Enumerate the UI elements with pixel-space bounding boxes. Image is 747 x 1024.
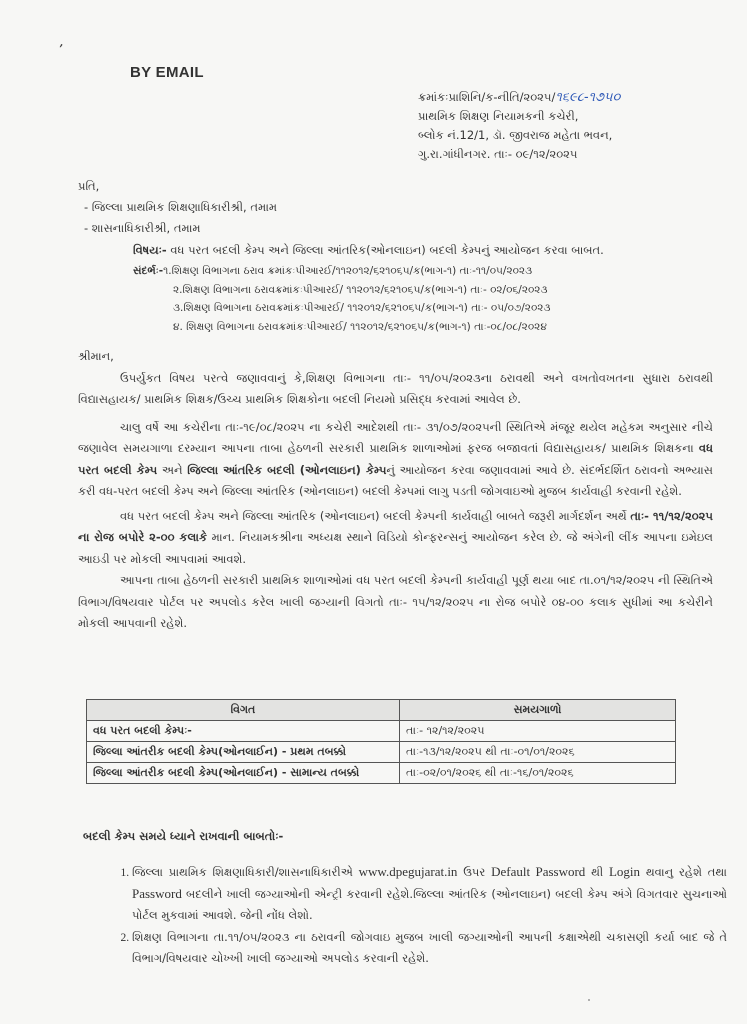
by-email-heading: BY EMAIL [130, 64, 204, 81]
reference-item: સંદર્ભઃ-૧.શિક્ષણ વિભાગના ઠરાવ ક્રમાંકઃપી… [133, 262, 550, 281]
letter-page: , BY EMAIL ક્રમાંકઃપ્રાશિનિ/ક-નીતિ/૨૦૨૫/… [0, 0, 747, 1024]
recipient-item: - શાસનાધિકારીશ્રી, તમામ [78, 218, 277, 239]
reference-number: ક્રમાંકઃપ્રાશિનિ/ક-નીતિ/૨૦૨૫/૧૬૯૮-૧૭૫૦ [418, 88, 620, 107]
table-cell-period: તાઃ-૧૩/૧૨/૨૦૨૫ થી તાઃ-૦૧/૦૧/૨૦૨૬ [400, 742, 676, 763]
recipient-item: - જિલ્લા પ્રાથમિક શિક્ષણાધિકારીશ્રી, તમા… [78, 197, 277, 218]
emphasis-district-camp: જિલ્લા આંતરિક બદલી (ઓનલાઇન) કેમ્પ [187, 463, 386, 477]
table-cell-detail: જિલ્લા આંતરીક બદલી કેમ્પ(ઓનલાઈન) - પ્રથમ… [87, 742, 400, 763]
schedule-table: વિગત સમયગાળો વધ પરત બદલી કેમ્પઃ- તાઃ- ૧૨… [86, 699, 676, 784]
office-address: બ્લોક નં.12/1, ડૉ. જીવરાજ મહેતા ભવન, [418, 126, 620, 145]
subject-line: વિષયઃ- વધ પરત બદલી કેમ્પ અને જિલ્લા આંતર… [133, 241, 604, 260]
subject-text: વધ પરત બદલી કેમ્પ અને જિલ્લા આંતરિક(ઓનલા… [167, 243, 604, 257]
notes-list: જિલ્લા પ્રાથમિક શિક્ષણાધિકારી/શાસનાધિકાર… [100, 862, 727, 970]
table-row: જિલ્લા આંતરીક બદલી કેમ્પ(ઓનલાઈન) - પ્રથમ… [87, 742, 676, 763]
subject-label: વિષયઃ- [133, 243, 167, 257]
table-cell-detail: વધ પરત બદલી કેમ્પઃ- [87, 721, 400, 742]
paragraph-4: આપના તાબા હેઠળની સરકારી પ્રાથમિક શાળાઓમા… [78, 570, 713, 635]
reference-prefix: ક્રમાંકઃપ્રાશિનિ/ક-નીતિ/૨૦૨૫/ [418, 90, 555, 104]
references-block: સંદર્ભઃ-૧.શિક્ષણ વિભાગના ઠરાવ ક્રમાંકઃપી… [133, 262, 550, 336]
handwritten-reference: ૧૬૯૮-૧૭૫૦ [555, 90, 620, 105]
table-cell-period: તાઃ- ૧૨/૧૨/૨૦૨૫ [400, 721, 676, 742]
city-date: ગુ.રા.ગાંધીનગર. તાઃ- ૦૯/૧૨/૨૦૨૫ [418, 145, 620, 164]
portal-url: www.dpegujarat.in [359, 864, 458, 879]
references-label: સંદર્ભઃ- [133, 265, 163, 277]
table-cell-detail: જિલ્લા આંતરીક બદલી કેમ્પ(ઓનલાઈન) - સામાન… [87, 763, 400, 784]
recipients-block: પ્રતિ, - જિલ્લા પ્રાથમિક શિક્ષણાધિકારીશ્… [78, 176, 277, 239]
scan-speck [588, 999, 590, 1001]
paragraph-2: ચાલુ વર્ષે આ કચેરીના તાઃ-૧૯/૦૮/૨૦૨૫ ના ક… [78, 417, 713, 503]
letter-body: શ્રીમાન, ઉપર્યુકત વિષય પરત્વે જણાવવાનું … [78, 346, 713, 635]
table-header-row: વિગત સમયગાળો [87, 700, 676, 721]
notes-title: બદલી કેમ્પ સમયે ધ્યાને રાખવાની બાબતોઃ- [83, 829, 283, 844]
paragraph-3: વધ પરત બદલી કેમ્પ અને જિલ્લા આંતરિક (ઓનલ… [78, 506, 713, 571]
table-cell-period: તાઃ-૦૨/૦૧/૨૦૨૬ થી તાઃ-૧૬/૦૧/૨૦૨૬ [400, 763, 676, 784]
salutation: શ્રીમાન, [78, 346, 713, 368]
reference-item: ૨.શિક્ષણ વિભાગના ઠરાવક્રમાંકઃપીઆરઈ/ ૧૧૨૦… [133, 281, 550, 300]
reference-item: ૪. શિક્ષણ વિભાગના ઠરાવક્રમાંકઃપીઆરઈ/ ૧૧૨… [133, 318, 550, 337]
pen-mark: , [58, 34, 66, 51]
note-item: શિક્ષણ વિભાગના તા.૧૧/૦૫/૨૦૨૩ ના ઠરાવની જ… [132, 927, 727, 970]
column-header-detail: વિગત [87, 700, 400, 721]
paragraph-1: ઉપર્યુકત વિષય પરત્વે જણાવવાનું કે,શિક્ષણ… [78, 368, 713, 411]
office-name: પ્રાથમિક શિક્ષણ નિયામકની કચેરી, [418, 107, 620, 126]
note-item: જિલ્લા પ્રાથમિક શિક્ષણાધિકારી/શાસનાધિકાર… [132, 862, 727, 927]
reference-item: ૩.શિક્ષણ વિભાગના ઠરાવક્રમાંકઃપીઆરઈ/ ૧૧૨૦… [133, 299, 550, 318]
table-row: વધ પરત બદલી કેમ્પઃ- તાઃ- ૧૨/૧૨/૨૦૨૫ [87, 721, 676, 742]
table-row: જિલ્લા આંતરીક બદલી કેમ્પ(ઓનલાઈન) - સામાન… [87, 763, 676, 784]
sender-address-block: ક્રમાંકઃપ્રાશિનિ/ક-નીતિ/૨૦૨૫/૧૬૯૮-૧૭૫૦ પ… [418, 88, 620, 164]
to-label: પ્રતિ, [78, 176, 277, 197]
column-header-period: સમયગાળો [400, 700, 676, 721]
